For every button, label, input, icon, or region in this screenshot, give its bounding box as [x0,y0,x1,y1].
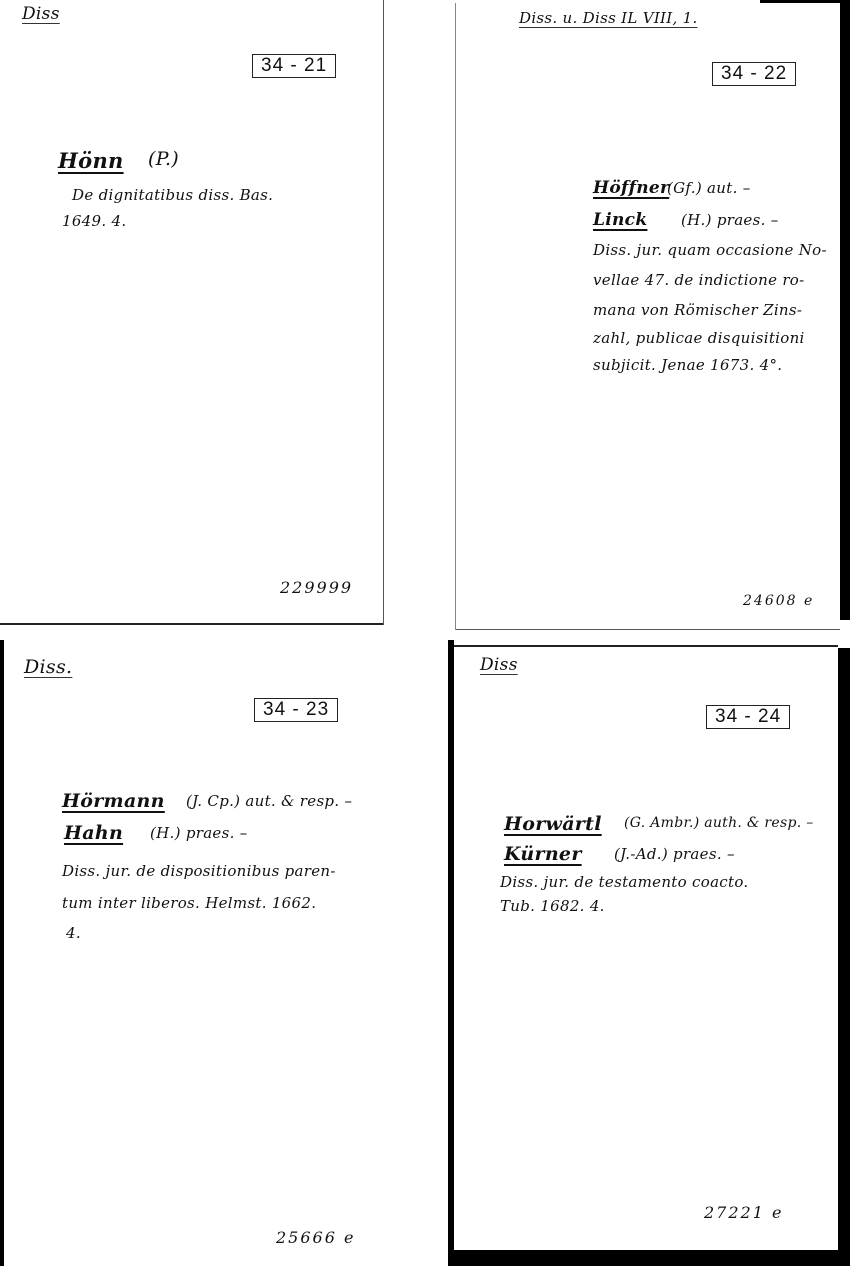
card-line: Diss. jur. de dispositionibus paren- [62,862,336,880]
accession-number: 24608 e [743,593,814,609]
call-number: 34 - 21 [252,54,336,78]
card-edge [455,3,456,630]
catalog-card-3: Diss. 34 - 23 Hörmann (J. Cp.) aut. & re… [4,642,444,1266]
card-heading: Diss [22,4,60,24]
card-heading: Diss. [24,656,72,678]
card-heading: Diss. u. Diss IL VIII, 1. [519,9,698,27]
card-line: vellae 47. de indictione ro- [593,271,805,289]
author-name: Horwärtl [504,813,602,835]
card-line: zahl, publicae disquisitioni [593,329,805,347]
card-line: De dignitatibus diss. Bas. [72,186,273,204]
card-edge [455,629,840,630]
card-line: Tub. 1682. 4. [500,897,605,915]
catalog-card-2: Diss. u. Diss IL VIII, 1. 34 - 22 Höffne… [455,3,840,630]
author-initials: (G. Ambr.) auth. & resp. – [624,815,814,831]
accession-number: 229999 [280,578,353,597]
card-line: Diss. jur. quam occasione No- [593,241,827,259]
author-name: Hönn [58,148,124,173]
scan-border-right-upper [840,0,850,620]
co-author-initials: (H.) praes. – [681,211,779,229]
co-author-name: Hahn [64,822,123,844]
scan-border-right-lower [838,648,850,1266]
co-author-initials: (H.) praes. – [150,824,248,842]
author-initials: (Gf.) aut. – [667,179,751,197]
card-edge [383,0,384,625]
card-line: 1649. 4. [62,212,126,230]
card-edge [0,623,384,625]
card-line: mana von Römischer Zins- [593,301,802,319]
scan-border-bottom-right [448,1250,850,1266]
co-author-name: Kürner [504,843,582,865]
accession-number: 27221 e [704,1203,783,1222]
accession-number: 25666 e [276,1228,355,1247]
card-line: subjicit. Jenae 1673. 4°. [593,356,782,374]
card-line: tum inter liberos. Helmst. 1662. [62,894,316,912]
catalog-card-4: Diss 34 - 24 Horwärtl (G. Ambr.) auth. &… [454,645,838,1250]
author-name: Höffner [593,178,669,198]
catalog-card-1: Diss 34 - 21 Hönn (P.) De dignitatibus d… [0,0,384,625]
card-edge [454,645,838,647]
co-author-name: Linck [593,210,647,230]
author-name: Hörmann [62,790,165,812]
call-number: 34 - 22 [712,62,796,86]
card-heading: Diss [480,655,518,675]
co-author-initials: (J.-Ad.) praes. – [614,845,735,863]
author-initials: (J. Cp.) aut. & resp. – [186,792,352,810]
author-initials: (P.) [148,148,179,170]
card-line: Diss. jur. de testamento coacto. [500,873,748,891]
call-number: 34 - 24 [706,705,790,729]
card-line: 4. [66,924,81,942]
call-number: 34 - 23 [254,698,338,722]
